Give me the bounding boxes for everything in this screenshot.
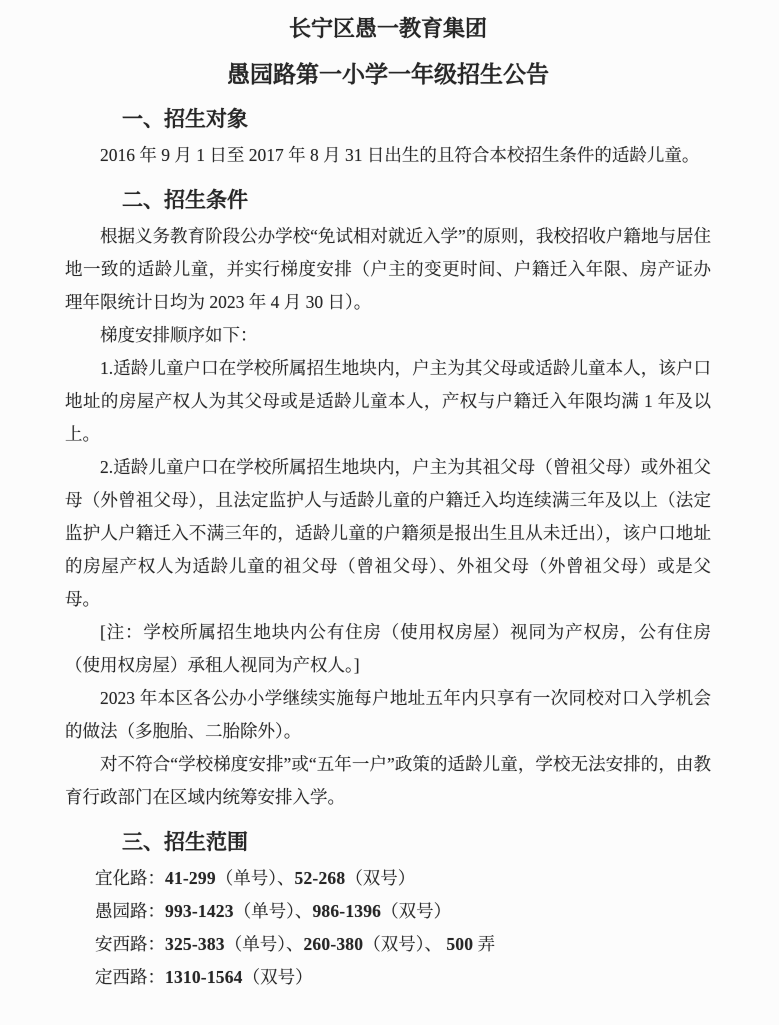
paragraph-five-year-policy: 2023 年本区各公办小学继续实施每户地址五年内只享有一次同校对口入学机会的做法… [65,682,711,748]
street-item-yihua-road: 宜化路：41-299（单号）、52-268（双号） [65,862,711,895]
paragraph-gradient-rule-1: 1.适龄儿童户口在学校所属招生地块内，户主为其父母或适龄儿童本人，该户口地址的房… [65,352,711,451]
section-heading-enrollment-target: 一、招生对象 [65,104,711,134]
paragraph-note-public-housing: [注：学校所属招生地块内公有住房（使用权房屋）视同为产权房，公有住房（使用权房屋… [65,616,711,682]
paragraph-overall-arrangement: 对不符合“学校梯度安排”或“五年一户”政策的适龄儿童，学校无法安排的，由教育行政… [65,748,711,814]
document-page: 长宁区愚一教育集团 愚园路第一小学一年级招生公告 一、招生对象 2016 年 9… [0,0,779,1025]
paragraph-conditions-principle: 根据义务教育阶段公办学校“免试相对就近入学”的原则，我校招收户籍地与居住地一致的… [65,220,711,319]
street-list: 宜化路：41-299（单号）、52-268（双号） 愚园路：993-1423（单… [65,862,711,994]
paragraph-gradient-order-intro: 梯度安排顺序如下： [65,319,711,352]
street-item-dingxi-road: 定西路：1310-1564（双号） [65,961,711,994]
document-subtitle: 愚园路第一小学一年级招生公告 [65,59,711,91]
street-item-yuyuan-road: 愚园路：993-1423（单号）、986-1396（双号） [65,895,711,928]
document-title: 长宁区愚一教育集团 [65,14,711,44]
street-item-anxi-road: 安西路：325-383（单号）、260-380（双号）、 500 弄 [65,928,711,961]
section-heading-enrollment-conditions: 二、招生条件 [65,185,711,215]
paragraph-gradient-rule-2: 2.适龄儿童户口在学校所属招生地块内，户主为其祖父母（曾祖父母）或外祖父母（外曾… [65,451,711,616]
paragraph-enrollment-target: 2016 年 9 月 1 日至 2017 年 8 月 31 日出生的且符合本校招… [65,139,711,172]
section-heading-enrollment-scope: 三、招生范围 [65,827,711,857]
